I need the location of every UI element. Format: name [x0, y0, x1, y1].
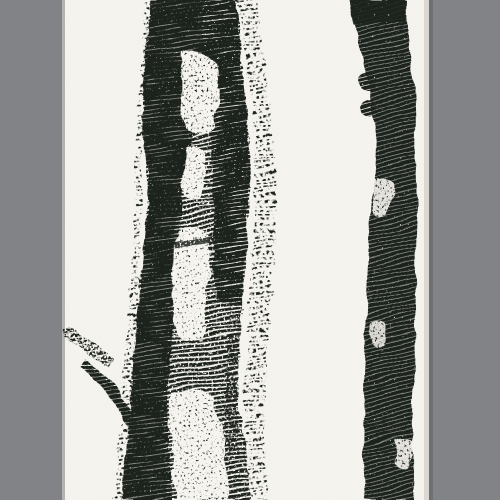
paper-edge-right-shadow: [424, 0, 429, 500]
paper-edge-right-seam: [429, 0, 433, 500]
right-trunk-highlight-lower: [395, 438, 412, 471]
artwork-photo: [0, 0, 500, 500]
print-scan: [0, 0, 500, 500]
left-trunk-highlight-upper: [181, 51, 220, 133]
paper-edge-left-highlight: [62, 0, 65, 500]
right-trunk-top-cap: [349, 0, 407, 25]
right-trunk-knot-lower: [362, 99, 378, 115]
right-trunk-highlight-middle: [369, 321, 386, 348]
right-trunk-knot-upper: [359, 73, 377, 91]
